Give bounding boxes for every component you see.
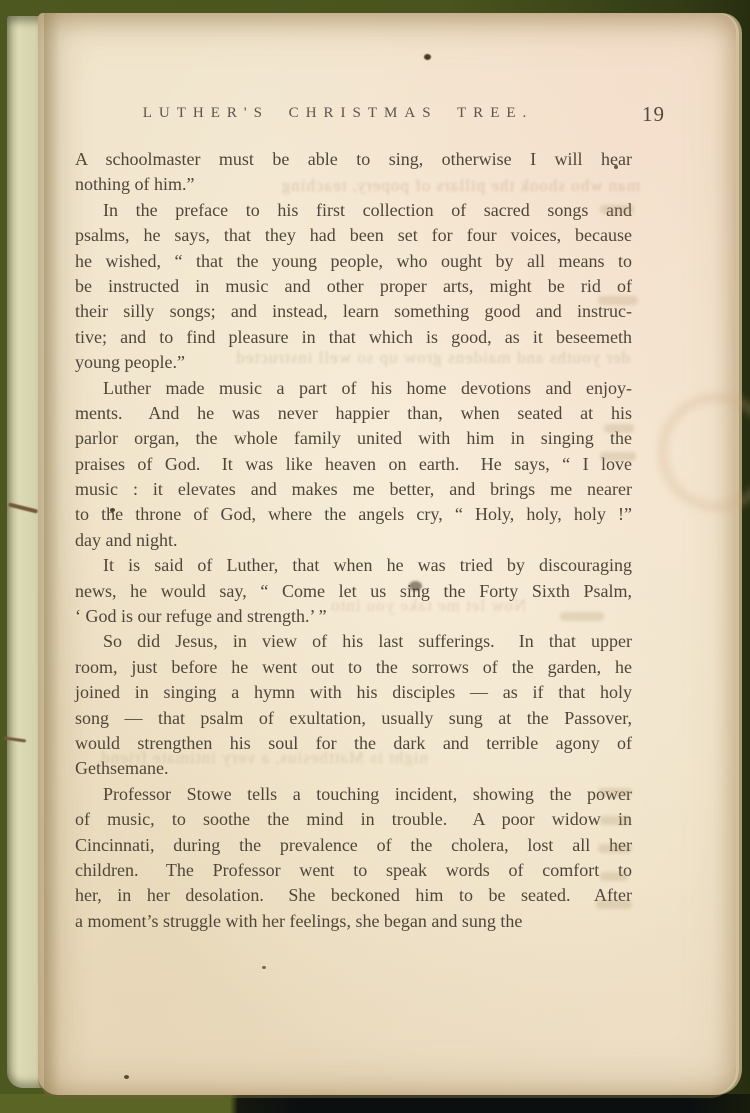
text-line: Cincinnati, during the prevalence of the… <box>75 833 632 858</box>
ink-smudge <box>409 581 422 591</box>
text-line: to the throne of God, where the angels c… <box>75 502 632 527</box>
showthrough-mark <box>598 296 638 305</box>
text-line: he wished, “ that the young people, who … <box>75 249 632 274</box>
showthrough-mark <box>598 844 632 853</box>
text-line: Luther made music a part of his home dev… <box>75 376 632 401</box>
text-line: children. The Professor went to speak wo… <box>75 858 632 883</box>
text-line: room, just before he went out to the sor… <box>75 655 632 680</box>
text-line: ments. And he was never happier than, wh… <box>75 401 632 426</box>
ink-speck <box>124 1075 129 1079</box>
showthrough-mark <box>604 424 634 433</box>
showthrough-mark <box>596 900 632 909</box>
text-line: of music, to soothe the mind in trouble.… <box>75 807 632 832</box>
showthrough-mark <box>600 872 628 881</box>
body-text: A schoolmaster must be able to sing, oth… <box>75 147 632 934</box>
text-line: So did Jesus, in view of his last suffer… <box>75 629 632 654</box>
text-line: news, he would say, “ Come let us sing t… <box>75 579 632 604</box>
scanned-book-photo: { "page": { "header": { "title": "LUTHER… <box>0 0 750 1113</box>
text-line: In the preface to his first collection o… <box>75 198 632 223</box>
showthrough-mark <box>600 452 636 461</box>
text-line: young people.” <box>75 350 632 375</box>
text-line: nothing of him.” <box>75 172 632 197</box>
text-line: Gethsemane. <box>75 756 632 781</box>
text-line: praises of God. It was like heaven on ea… <box>75 452 632 477</box>
showthrough-mark <box>600 816 630 825</box>
text-line: Professor Stowe tells a touching inciden… <box>75 782 632 807</box>
text-line: day and night. <box>75 528 632 553</box>
ink-speck <box>424 54 431 60</box>
showthrough-mark <box>560 612 604 621</box>
text-line: song — that psalm of exultation, usually… <box>75 706 632 731</box>
gutter-crease <box>44 13 60 1095</box>
showthrough-mark <box>598 788 632 797</box>
ink-speck <box>110 508 115 512</box>
text-line: their silly songs; and instead, learn so… <box>75 299 632 324</box>
text-line: be instructed in music and other proper … <box>75 274 632 299</box>
ring-stain <box>658 393 750 511</box>
text-line: would strengthen his soul for the dark a… <box>75 731 632 756</box>
text-line: music : it elevates and makes me better,… <box>75 477 632 502</box>
ink-speck <box>262 966 266 969</box>
text-line: parlor organ, the whole family united wi… <box>75 426 632 451</box>
text-line: tive; and to find pleasure in that which… <box>75 325 632 350</box>
text-line: her, in her desolation. She beckoned him… <box>75 883 632 908</box>
text-line: It is said of Luther, that when he was t… <box>75 553 632 578</box>
chapter-title: LUTHER'S CHRISTMAS TREE. <box>75 105 601 122</box>
text-line: a moment’s struggle with her feelings, s… <box>75 909 632 934</box>
ink-speck <box>614 165 618 169</box>
page-number: 19 <box>642 102 665 127</box>
scanner-bed-shadow <box>0 1094 750 1113</box>
showthrough-mark <box>600 205 634 214</box>
text-line: ‘ God is our refuge and strength.’ ” <box>75 604 632 629</box>
text-line: joined in singing a hymn with his discip… <box>75 680 632 705</box>
running-head: LUTHER'S CHRISTMAS TREE. 19 <box>75 105 667 135</box>
text-line: psalms, he says, that they had been set … <box>75 223 632 248</box>
book-page: LUTHER'S CHRISTMAS TREE. 19 A schoolmast… <box>38 13 736 1095</box>
text-line: A schoolmaster must be able to sing, oth… <box>75 147 632 172</box>
